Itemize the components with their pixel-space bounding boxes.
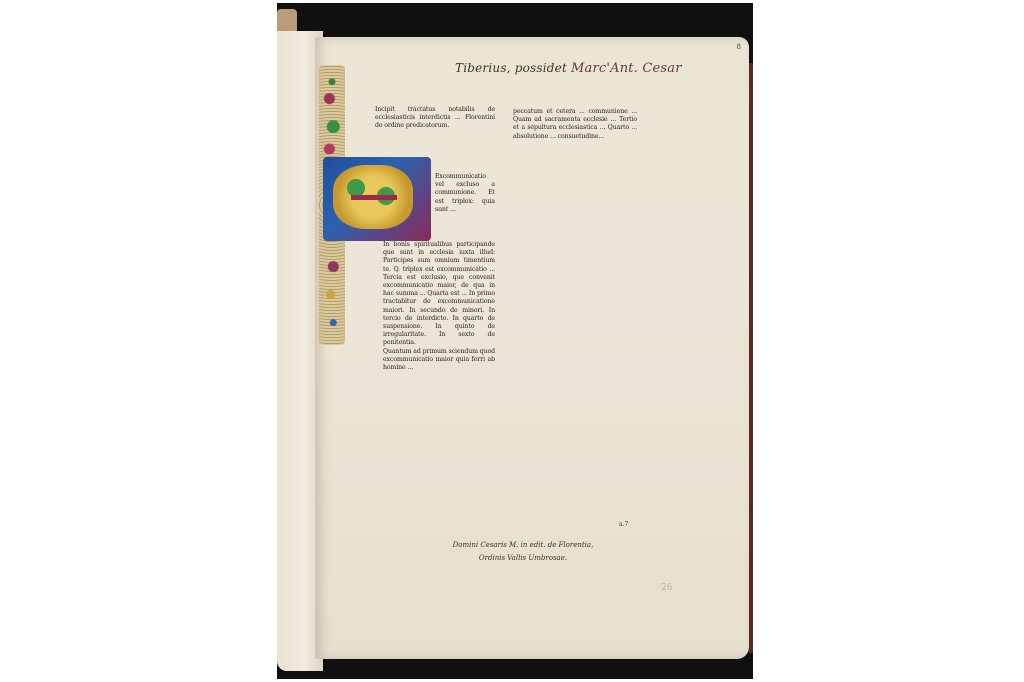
folio-mark: 8 xyxy=(737,43,741,51)
illuminated-initial xyxy=(323,157,431,241)
column-a-incipit: Incipit tractatus notabilis de ecclesias… xyxy=(375,106,495,131)
column-a-body-text: In bonis spiritualibus participande que … xyxy=(383,241,495,348)
initial-letter-e-icon xyxy=(333,165,413,229)
binding-edge xyxy=(749,63,753,653)
colophon-line-2: Ordinis Vallis Umbrosae. xyxy=(433,552,613,565)
signature-mark: a.7 xyxy=(619,521,628,528)
pencil-number: 26 xyxy=(661,583,672,593)
column-a-body-text-2: Quantum ad primum sciendum quod excommun… xyxy=(383,348,495,373)
incipit-text: Incipit tractatus notabilis de ecclesias… xyxy=(375,106,495,131)
colophon-line-1: Domini Cesaris M. in edit. de Florentia, xyxy=(433,539,613,552)
ownership-note-part1: Tiberius, possidet xyxy=(455,61,567,75)
printed-page: 8 Tiberius, possidet Marc'Ant. Cesar Inc… xyxy=(315,37,749,659)
text-beside-initial: Excommunicatio vel excluso a communione.… xyxy=(435,173,495,214)
manuscript-ownership-note: Tiberius, possidet Marc'Ant. Cesar xyxy=(455,61,682,76)
column-a-beside-initial: Excommunicatio vel excluso a communione.… xyxy=(435,173,495,214)
column-b: peccatum et cetera ... communione ... Qu… xyxy=(513,108,637,141)
column-b-text: peccatum et cetera ... communione ... Qu… xyxy=(513,108,637,141)
ownership-note-part2: Marc'Ant. Cesar xyxy=(571,61,682,76)
colophon: Domini Cesaris M. in edit. de Florentia,… xyxy=(433,539,613,565)
column-a-body: In bonis spiritualibus participande que … xyxy=(383,241,495,372)
book-photograph: 8 Tiberius, possidet Marc'Ant. Cesar Inc… xyxy=(277,3,753,679)
